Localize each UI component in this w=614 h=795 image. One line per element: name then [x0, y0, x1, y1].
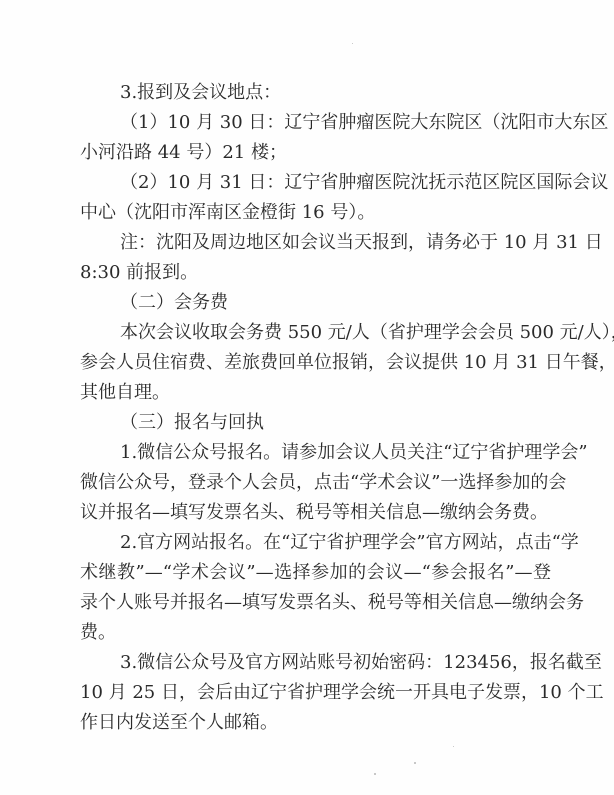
note-line: 注：沈阳及周边地区如会议当天报到，请务必于 10 月 31 日	[80, 228, 551, 258]
paragraph-line: 本次会议收取会务费 550 元/人（省护理学会会员 500 元/人），	[80, 318, 551, 348]
paragraph-line: 2.官方网站报名。在“辽宁省护理学会”官方网站，点击“学	[80, 528, 551, 558]
scan-speck	[374, 773, 376, 775]
paragraph-line: （1）10 月 30 日：辽宁省肿瘤医院大东院区（沈阳市大东区	[80, 108, 551, 138]
document-body: 3.报到及会议地点： （1）10 月 30 日：辽宁省肿瘤医院大东院区（沈阳市大…	[80, 78, 551, 738]
paragraph-line: 费。	[80, 618, 551, 648]
paragraph-line: 其他自理。	[80, 378, 551, 408]
section-heading-registration-location: 3.报到及会议地点：	[80, 78, 551, 108]
paragraph-line: 10 月 25 日，会后由辽宁省护理学会统一开具电子发票，10 个工	[80, 678, 551, 708]
section-heading-conference-fee: （二）会务费	[80, 288, 551, 318]
paragraph-line: （2）10 月 31 日：辽宁省肿瘤医院沈抚示范区院区国际会议	[80, 168, 551, 198]
paragraph-line: 微信公众号，登录个人会员，点击“学术会议”一选择参加的会	[80, 468, 551, 498]
document-page: 3.报到及会议地点： （1）10 月 30 日：辽宁省肿瘤医院大东院区（沈阳市大…	[0, 0, 614, 795]
paragraph-line: 1.微信公众号报名。请参加会议人员关注“辽宁省护理学会”	[80, 438, 551, 468]
section-heading-registration-receipt: （三）报名与回执	[80, 408, 551, 438]
scan-speck	[414, 762, 416, 764]
paragraph-line: 3.微信公众号及官方网站账号初始密码：123456，报名截至	[80, 648, 551, 678]
scan-speck	[453, 746, 454, 747]
note-line: 8:30 前报到。	[80, 258, 551, 288]
paragraph-line: 中心（沈阳市浑南区金橙街 16 号）。	[80, 198, 551, 228]
paragraph-line: 术继教”—“学术会议”—选择参加的会议—“参会报名”—登	[80, 558, 551, 588]
paragraph-line: 小河沿路 44 号）21 楼；	[80, 138, 551, 168]
paragraph-line: 录个人账号并报名—填写发票名头、税号等相关信息—缴纳会务	[80, 588, 551, 618]
paragraph-line: 作日内发送至个人邮箱。	[80, 708, 551, 738]
scan-speck	[352, 43, 353, 44]
paragraph-line: 议并报名—填写发票名头、税号等相关信息—缴纳会务费。	[80, 498, 551, 528]
paragraph-line: 参会人员住宿费、差旅费回单位报销，会议提供 10 月 31 日午餐，	[80, 348, 551, 378]
